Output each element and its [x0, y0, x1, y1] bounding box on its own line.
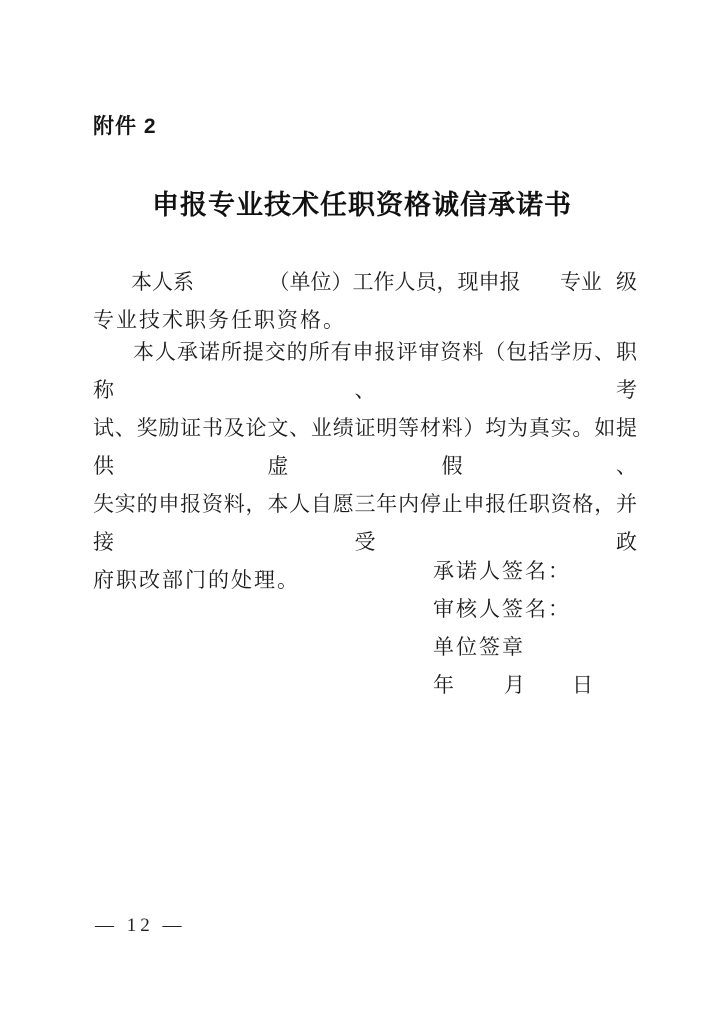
reviewer-signature-label: 审核人签名：: [433, 590, 595, 628]
paragraph-2-line-1: 本人承诺所提交的所有申报评审资料（包括学历、职称、考: [93, 333, 637, 409]
paragraph-2-line-3: 失实的申报资料，本人自愿三年内停止申报任职资格，并接受政: [93, 485, 637, 561]
date-month-blank: [527, 666, 572, 704]
date-year-blank: [456, 666, 504, 704]
date-year-label: 年: [433, 666, 456, 704]
p1-text-i-am: 本人系: [131, 263, 194, 301]
date-day-label: 日: [572, 666, 595, 704]
paragraph-1-line-1: 本人系 （单位）工作人员，现申报 专业 级: [93, 263, 637, 301]
page-number: — 12 —: [95, 915, 186, 937]
p1-text-specialty: 专业: [560, 263, 602, 301]
signature-block: 承诺人签名： 审核人签名： 单位签章 年 月 日: [433, 552, 595, 704]
date-month-label: 月: [504, 666, 527, 704]
p1-text-unit-staff: （单位）工作人员，现申报: [269, 263, 521, 301]
date-line: 年 月 日: [433, 666, 595, 704]
page-title: 申报专业技术任职资格诚信承诺书: [0, 183, 724, 222]
document-page: 附件 2 申报专业技术任职资格诚信承诺书 本人系 （单位）工作人员，现申报 专业…: [0, 0, 724, 1024]
paragraph-2-line-2: 试、奖励证书及论文、业绩证明等材料）均为真实。如提供虚假、: [93, 409, 637, 485]
promisor-signature-label: 承诺人签名：: [433, 552, 595, 590]
p1-text-level: 级: [616, 263, 637, 301]
unit-seal-label: 单位签章: [433, 628, 595, 666]
attachment-label: 附件 2: [93, 110, 157, 140]
paragraph-1: 本人系 （单位）工作人员，现申报 专业 级 专业技术职务任职资格。: [93, 263, 637, 339]
